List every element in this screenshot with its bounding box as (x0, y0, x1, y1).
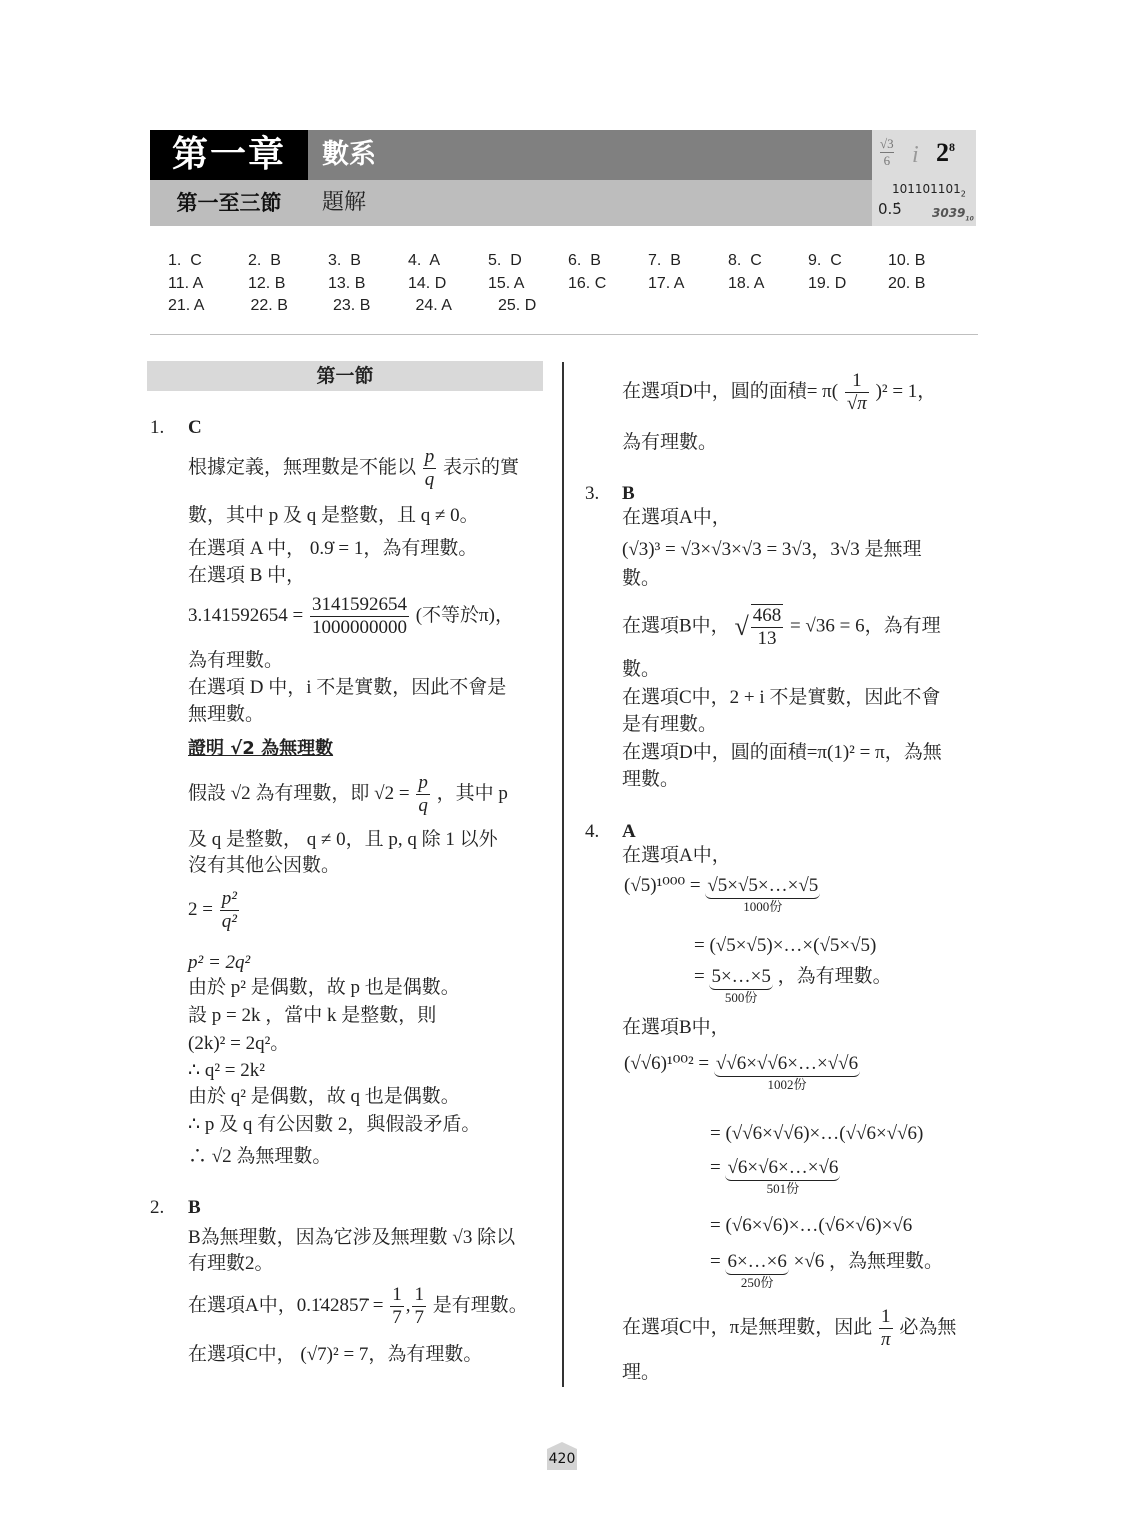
answer-item: 20. B (888, 275, 968, 298)
q2-line-1: B為無理數，因為它涉及無理數 √3 除以 (188, 1226, 515, 1250)
numerator: p² (220, 888, 239, 911)
numerator: 1 (412, 1284, 426, 1307)
numerator: 1 (390, 1284, 404, 1307)
text: )² = 1， (876, 381, 937, 402)
q4-line-8: = √6×√6×…×√6501份 (710, 1156, 840, 1197)
text: = (694, 966, 705, 987)
q3-line-3: 數。 (622, 567, 660, 591)
brace-content: √√6×√√6×…×√√6 (714, 1052, 860, 1077)
brace-content: 6×…×6 (725, 1250, 788, 1275)
question-answer: B (622, 482, 635, 506)
text: (不等於π)， (416, 605, 514, 626)
answer-item: 17. A (648, 275, 728, 298)
text: 在選項B中， (622, 615, 730, 636)
proof-line-12: ∴ √2 為無理數。 (188, 1145, 331, 1169)
q2-option-d-conclusion: 為有理數。 (622, 431, 717, 455)
answer-item: 25. D (498, 297, 581, 320)
proof-line-7: 設 p = 2k ，當中 k 是整數，則 (188, 1004, 436, 1028)
answer-item: 23. B (333, 297, 416, 320)
numerator: 1 (845, 370, 869, 393)
question-answer: B (188, 1196, 201, 1220)
section-heading: 第一節 (147, 361, 543, 391)
text: 在選項D中，圓的面積= π( (622, 381, 838, 402)
fraction: p²q² (220, 888, 239, 933)
answer-item: 5. D (488, 252, 568, 275)
q4-line-1: 在選項A中， (622, 844, 731, 868)
answer-row: 21. A 22. B 23. B 24. A 25. D (168, 297, 968, 320)
fraction: pq (423, 446, 437, 491)
proof-line-6: 由於 p² 是偶數，故 p 也是偶數。 (188, 976, 460, 1000)
proof-line-2: 及 q 是整數， q ≠ 0，且 p, q 除 1 以外 (188, 828, 498, 852)
text: 3.141592654 = (188, 605, 303, 626)
text: = (710, 1251, 721, 1272)
q1-line-5: 3.141592654 = 31415926541000000000 (不等於π… (188, 594, 514, 639)
numerator: 468 (751, 605, 784, 628)
q1-line-4: 在選項 B 中， (188, 564, 305, 588)
chapter-title: 數系 (308, 130, 872, 180)
answer-item: 8. C (728, 252, 808, 275)
column-divider (562, 362, 564, 1387)
brace-label: 501份 (725, 1181, 840, 1197)
decoration-recurring: 0.5̇ (878, 200, 902, 218)
text: ，為有理數。 (778, 966, 892, 987)
denominator: 13 (751, 628, 784, 650)
text: 在選項A中，0.1̇42857̇ = (188, 1295, 383, 1316)
fraction: 17 (390, 1284, 404, 1329)
answer-item: 21. A (168, 297, 251, 320)
sqrt-symbol-icon: √ (734, 612, 748, 641)
answer-item: 11. A (168, 275, 248, 298)
numerator: 1 (879, 1306, 893, 1329)
text: = (710, 1157, 721, 1178)
question-answer: C (188, 416, 202, 440)
decoration-fraction-numerator: √3 (880, 136, 894, 153)
answer-item: 2. B (248, 252, 328, 275)
brace-content: 5×…×5 (709, 965, 772, 990)
q3-line-2: (√3)³ = √3×√3×√3 = 3√3，3√3 是無理 (622, 538, 922, 562)
text: (√5)¹⁰⁰⁰ = (624, 875, 701, 896)
fraction: 17 (412, 1284, 426, 1329)
underbrace: √5×√5×…×√51000份 (705, 874, 820, 915)
decoration-binary: 101101101 (892, 182, 961, 196)
question-number: 1. (150, 416, 164, 440)
fraction: 46813 (751, 604, 784, 650)
q3-line-6: 在選項C中，2 + i 不是實數，因此不會 (622, 686, 940, 710)
math-decoration-icon: √3 6 i 28 1011011012 0.5̇ 303910 (872, 130, 976, 226)
q3-line-9: 理數。 (622, 768, 679, 792)
text: 在選項C中，π是無理數，因此 (622, 1317, 872, 1338)
denominator: q (423, 469, 437, 491)
q4-line-4: = 5×…×5500份 ，為有理數。 (694, 965, 892, 1006)
text: 假設 √2 為有理數，即 √2 = (188, 783, 410, 804)
section-title: 題解 (308, 180, 872, 226)
underbrace: √√6×√√6×…×√√61002份 (714, 1052, 860, 1093)
text: 2 = (188, 899, 213, 920)
denominator: π (879, 1329, 893, 1351)
answer-item: 1. C (168, 252, 248, 275)
text: 根據定義，無理數是不能以 (188, 457, 416, 478)
q3-line-8: 在選項D中，圓的面積=π(1)² = π，為無 (622, 741, 942, 765)
q4-line-2: (√5)¹⁰⁰⁰ = √5×√5×…×√51000份 (624, 874, 820, 915)
answer-item: 24. A (416, 297, 499, 320)
question-number: 2. (150, 1196, 164, 1220)
q1-line-1: 根據定義，無理數是不能以 pq 表示的實 (188, 446, 519, 491)
question-number: 3. (585, 482, 599, 506)
proof-line-9: ∴ q² = 2k² (188, 1059, 265, 1083)
brace-label: 1000份 (705, 899, 820, 915)
answer-item: 12. B (248, 275, 328, 298)
underbrace: 6×…×6250份 (725, 1250, 788, 1291)
denominator: q² (220, 911, 239, 933)
answer-item: 15. A (488, 275, 568, 298)
brace-label: 500份 (709, 990, 772, 1006)
denominator: q (416, 795, 430, 817)
page-number: 420 (547, 1442, 577, 1470)
q3-line-1: 在選項A中， (622, 506, 731, 530)
q4-line-6: (√√6)¹⁰⁰² = √√6×√√6×…×√√61002份 (624, 1052, 860, 1093)
brace-label: 1002份 (714, 1077, 860, 1093)
q4-line-9: = (√6×√6)×…(√6×√6)×√6 (710, 1214, 912, 1238)
q3-line-5: 數。 (622, 658, 660, 682)
denominator: 7 (390, 1307, 404, 1329)
answer-row: 1. C 2. B 3. B 4. A 5. D 6. B 7. B 8. C … (168, 252, 968, 275)
answer-key: 1. C 2. B 3. B 4. A 5. D 6. B 7. B 8. C … (168, 252, 968, 320)
proof-line-8: (2k)² = 2q²。 (188, 1032, 289, 1056)
answer-item: 14. D (408, 275, 488, 298)
q1-line-3: 在選項 A 中， 0.9̇ = 1，為有理數。 (188, 537, 477, 561)
decoration-power-exp: 8 (949, 140, 955, 154)
proof-line-5: p² = 2q² (188, 951, 250, 975)
decoration-imaginary: i (912, 142, 919, 169)
decoration-base-subscript: 10 (965, 215, 973, 222)
decoration-fraction-denominator: 6 (880, 153, 894, 169)
answer-item: 22. B (251, 297, 334, 320)
underbrace: 5×…×5500份 (709, 965, 772, 1006)
question-number: 4. (585, 820, 599, 844)
text: ×√6 ，為無理數。 (794, 1251, 943, 1272)
numerator: p (416, 772, 430, 795)
q2-line-4: 在選項C中， (√7)² = 7，為有理數。 (188, 1343, 482, 1367)
brace-content: √6×√6×…×√6 (725, 1156, 840, 1181)
answer-item: 3. B (328, 252, 408, 275)
proof-title: 證明 √2 為無理數 (188, 737, 333, 761)
text: 表示的實 (443, 457, 519, 478)
q4-line-3: = (√5×√5)×…×(√5×√5) (694, 934, 876, 958)
answer-row: 11. A 12. B 13. B 14. D 15. A 16. C 17. … (168, 275, 968, 298)
q1-line-7: 在選項 D 中，i 不是實數，因此不會是 (188, 676, 506, 700)
denominator: √π (845, 393, 869, 415)
q1-line-6: 為有理數。 (188, 649, 283, 673)
answer-item: 16. C (568, 275, 648, 298)
fraction: pq (416, 772, 430, 817)
proof-line-10: 由於 q² 是偶數，故 q 也是偶數。 (188, 1085, 460, 1109)
numerator: p (423, 446, 437, 469)
question-answer: A (622, 820, 636, 844)
numerator: 3141592654 (310, 594, 409, 617)
q4-line-5: 在選項B中， (622, 1016, 730, 1040)
q3-line-7: 是有理數。 (622, 713, 717, 737)
answer-item: 18. A (728, 275, 808, 298)
q2-line-3: 在選項A中，0.1̇42857̇ = 17,17 是有理數。 (188, 1284, 528, 1329)
q4-line-7: = (√√6×√√6)×…(√√6×√√6) (710, 1122, 923, 1146)
decoration-base-number: 3039 (932, 206, 965, 220)
q4-line-12: 理。 (622, 1361, 660, 1385)
decoration-binary-base: 2 (961, 189, 966, 198)
answer-item: 13. B (328, 275, 408, 298)
q4-line-10: = 6×…×6250份 ×√6 ，為無理數。 (710, 1250, 943, 1291)
fraction: 1√π (845, 370, 869, 415)
fraction: 1π (879, 1306, 893, 1351)
brace-label: 250份 (725, 1275, 788, 1291)
decoration-power-base: 2 (936, 138, 949, 167)
section-label: 第一至三節 (150, 180, 308, 226)
proof-line-3: 沒有其他公因數。 (188, 854, 340, 878)
text: ，其中 p (437, 783, 508, 804)
text: 是有理數。 (433, 1295, 528, 1316)
proof-line-1: 假設 √2 為有理數，即 √2 = pq ，其中 p (188, 772, 508, 817)
text: (√√6)¹⁰⁰² = (624, 1053, 709, 1074)
q2-line-2: 有理數2。 (188, 1252, 274, 1276)
chapter-banner: 第一章 數系 第一至三節 題解 √3 6 i 28 1011011012 0.5… (150, 130, 976, 226)
text: = √36 = 6，為有理 (790, 615, 941, 636)
chapter-label: 第一章 (150, 130, 308, 180)
q4-line-11: 在選項C中，π是無理數，因此 1π 必為無 (622, 1306, 956, 1351)
denominator: 1000000000 (310, 617, 409, 639)
underbrace: √6×√6×…×√6501份 (725, 1156, 840, 1197)
proof-line-11: ∴ p 及 q 有公因數 2，與假設矛盾。 (188, 1113, 480, 1137)
q3-line-4: 在選項B中， √46813 = √36 = 6，為有理 (622, 604, 941, 650)
text: 必為無 (899, 1317, 956, 1338)
answer-item: 6. B (568, 252, 648, 275)
brace-content: √5×√5×…×√5 (705, 874, 820, 899)
answer-item: 9. C (808, 252, 888, 275)
divider (150, 334, 978, 335)
q2-option-d: 在選項D中，圓的面積= π( 1√π )² = 1， (622, 370, 936, 415)
q1-line-2: 數，其中 p 及 q 是整數，且 q ≠ 0。 (188, 504, 479, 528)
q1-line-8: 無理數。 (188, 703, 264, 727)
answer-item: 7. B (648, 252, 728, 275)
fraction: 31415926541000000000 (310, 594, 409, 639)
proof-line-4: 2 = p²q² (188, 888, 241, 933)
denominator: 7 (412, 1307, 426, 1329)
answer-item: 4. A (408, 252, 488, 275)
answer-item: 10. B (888, 252, 968, 275)
answer-item: 19. D (808, 275, 888, 298)
